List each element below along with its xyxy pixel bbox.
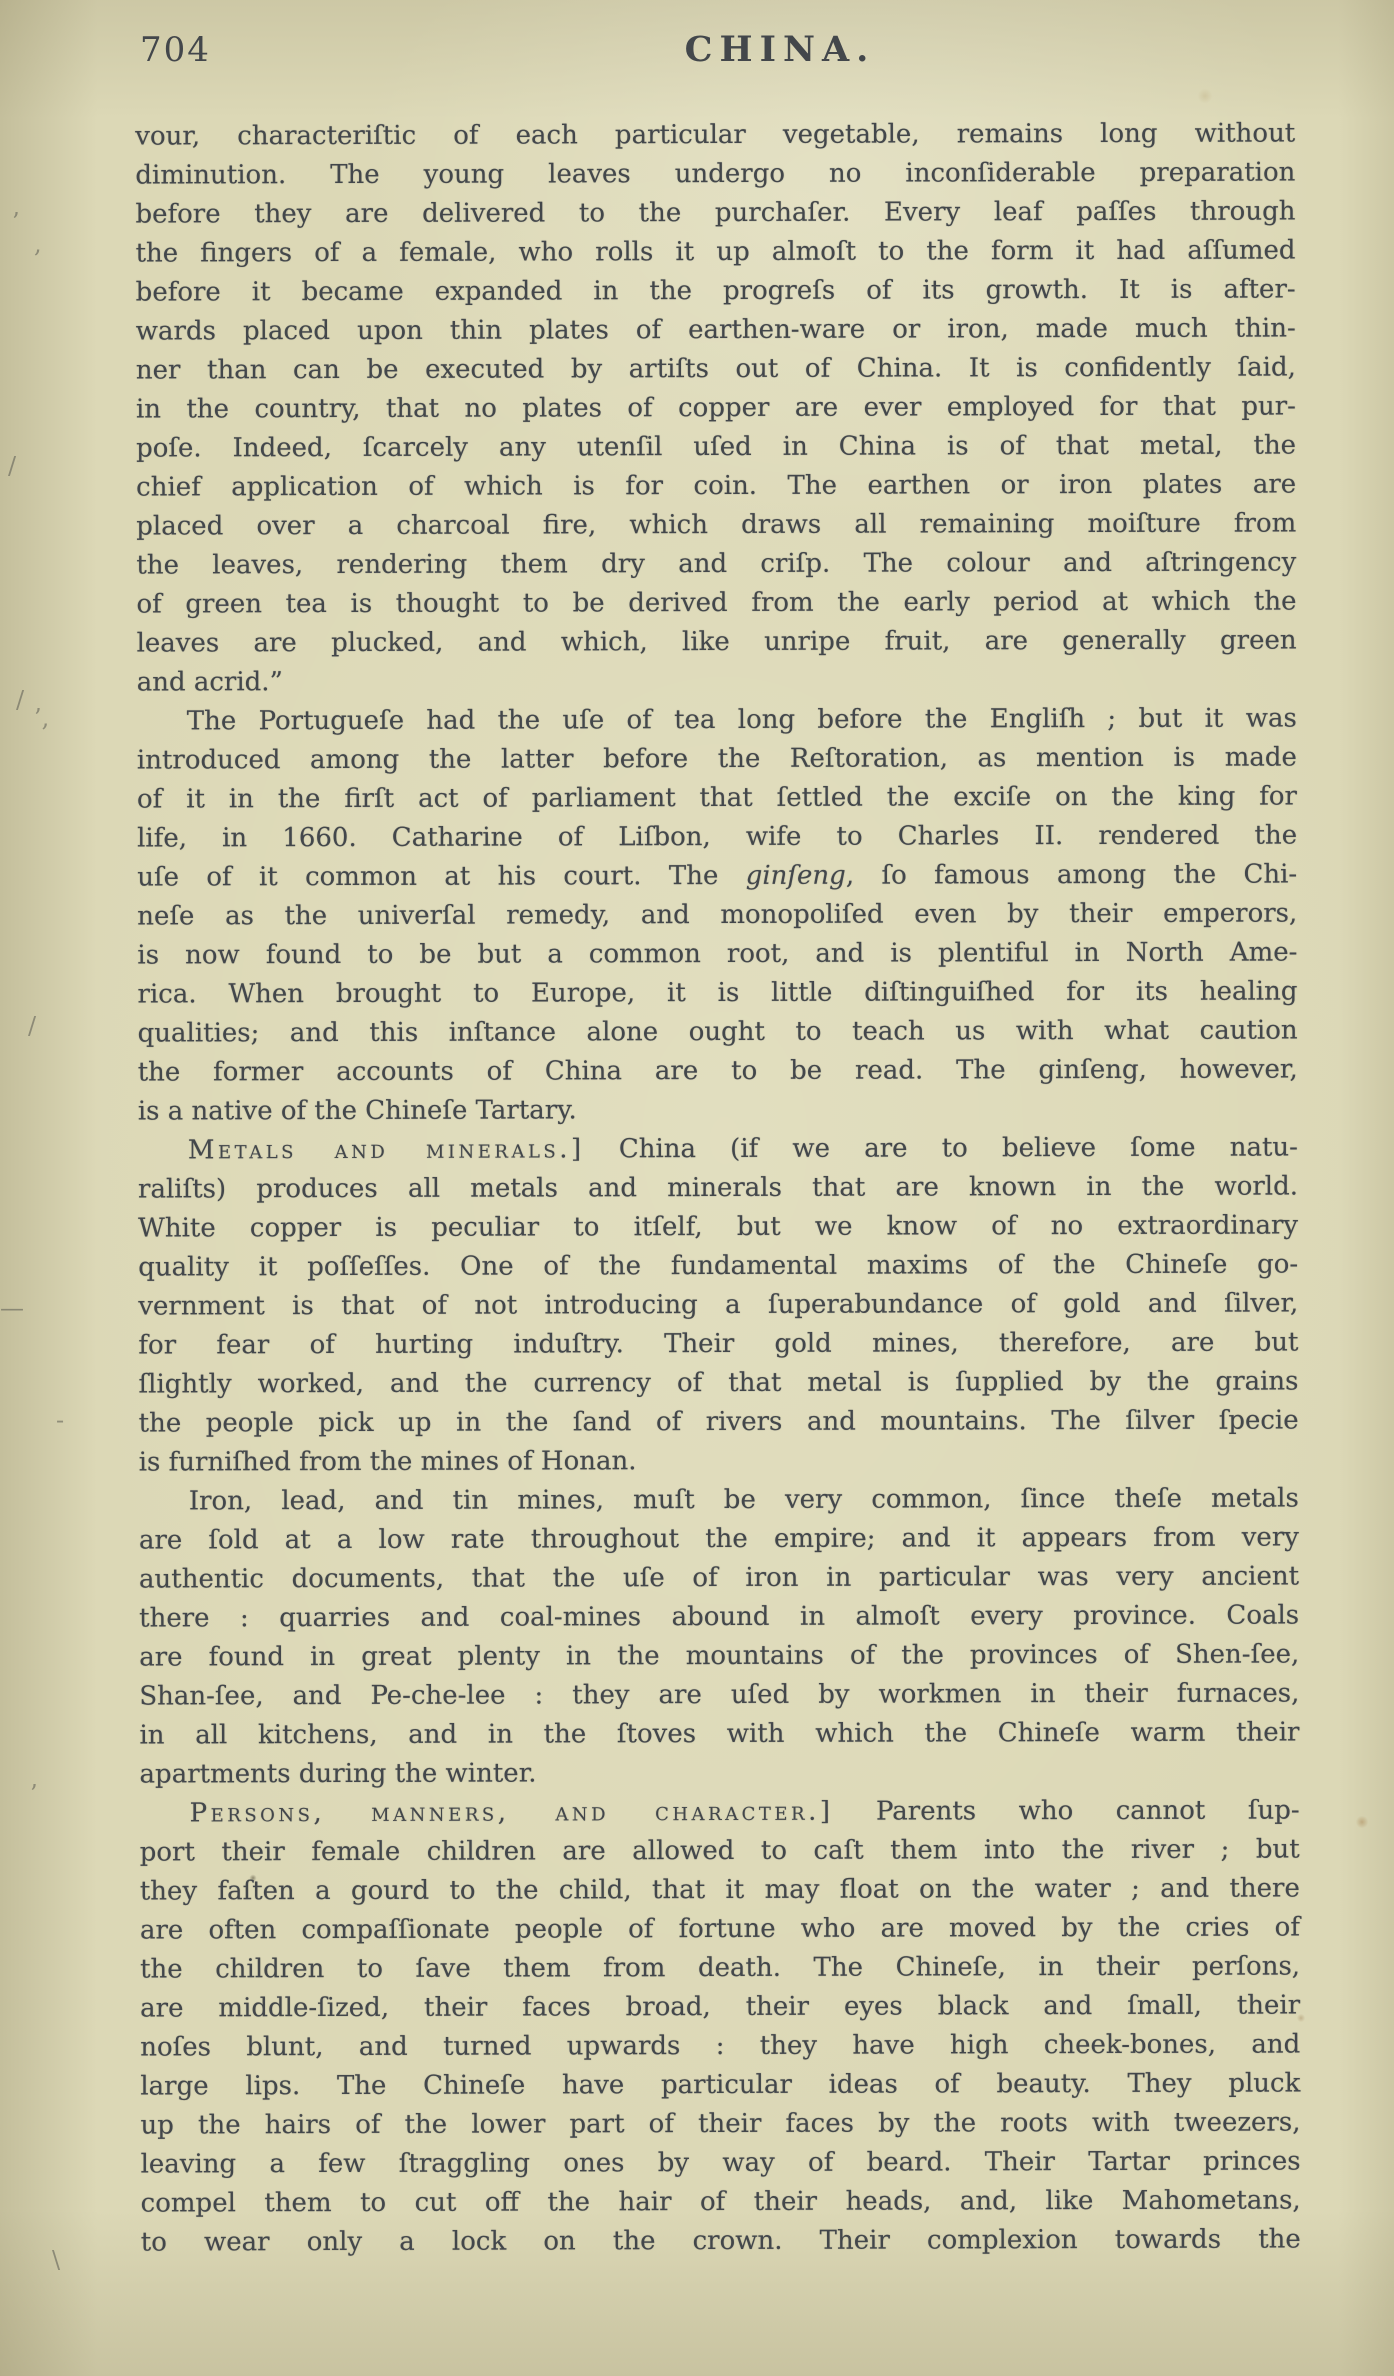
text-line: and acrid.”	[137, 660, 1297, 702]
text-line: of it in the firſt act of parliament tha…	[137, 777, 1297, 819]
text-line: ner than can be executed by artiſts out …	[136, 348, 1296, 390]
text-line: large lips. The Chineſe have particular …	[140, 2064, 1300, 2106]
margin-mark: -	[56, 1406, 64, 1434]
running-title: CHINA.	[685, 30, 876, 70]
text-line: vour, characteriſtic of each particular …	[135, 114, 1295, 156]
text-line: ſlightly worked, and the currency of tha…	[138, 1362, 1298, 1404]
margin-mark: ’,	[34, 704, 49, 732]
text-line: diminution. The young leaves undergo no …	[135, 153, 1295, 195]
text-line: placed over a charcoal fire, which draws…	[136, 504, 1296, 546]
text-line: port their female children are allowed t…	[140, 1830, 1300, 1872]
text-line: there : quarries and coal-mines abound i…	[139, 1596, 1299, 1638]
paragraph: Iron, lead, and tin mines, muſt be very …	[139, 1479, 1300, 1794]
text-line: for fear of hurting induſtry. Their gold…	[138, 1323, 1298, 1365]
text-line: quality it poſſeſſes. One of the fundame…	[138, 1245, 1298, 1287]
paragraph: The Portugueſe had the uſe of tea long b…	[137, 699, 1298, 1131]
text-line: noſes blunt, and turned upwards : they h…	[140, 2025, 1300, 2067]
text-line: wards placed upon thin plates of earthen…	[136, 309, 1296, 351]
text-line: the people pick up in the ſand of rivers…	[139, 1401, 1299, 1443]
text-line: uſe of it common at his court. The ginſe…	[137, 855, 1297, 897]
text-line: The Portugueſe had the uſe of tea long b…	[137, 699, 1297, 741]
text-line: qualities; and this inſtance alone ought…	[138, 1011, 1298, 1053]
text-line: introduced among the latter before the R…	[137, 738, 1297, 780]
text-line: the leaves, rendering them dry and criſp…	[136, 543, 1296, 585]
text-line: compel them to cut off the hair of their…	[141, 2181, 1301, 2223]
text-line: they faſten a gourd to the child, that i…	[140, 1869, 1300, 1911]
text-line: apartments during the winter.	[139, 1752, 1299, 1794]
text-line: rica. When brought to Europe, it is litt…	[137, 972, 1297, 1014]
text-line: the former accounts of China are to be r…	[138, 1050, 1298, 1092]
text-block: vour, characteriſtic of each particular …	[135, 114, 1301, 2262]
margin-mark: —	[0, 1294, 24, 1322]
section-heading: Metals and minerals.]	[188, 1134, 585, 1165]
text-line: in the country, that no plates of copper…	[136, 387, 1296, 429]
text-line: Metals and minerals.] China (if we are t…	[138, 1128, 1298, 1170]
text-line: up the hairs of the lower part of their …	[140, 2103, 1300, 2145]
page-number: 704	[140, 30, 211, 70]
margin-mark: ,	[34, 230, 42, 258]
text-line: is now found to be but a common root, an…	[137, 933, 1297, 975]
text-line: leaving a few ſtraggling ones by way of …	[141, 2142, 1301, 2184]
text-line: the children to ſave them from death. Th…	[140, 1947, 1300, 1989]
text-line: neſe as the univerſal remedy, and monopo…	[137, 894, 1297, 936]
text-line: authentic documents, that the uſe of iro…	[139, 1557, 1299, 1599]
margin-mark: /	[16, 686, 24, 714]
text-line: life, in 1660. Catharine of Liſbon, wife…	[137, 816, 1297, 858]
text-line: before it became expanded in the progreſ…	[136, 270, 1296, 312]
margin-mark: ’	[12, 208, 20, 236]
text-line: Persons, manners, and character.] Parent…	[140, 1791, 1300, 1833]
margin-mark: /	[28, 1012, 36, 1040]
text-line: of green tea is thought to be derived fr…	[136, 582, 1296, 624]
paragraph: Persons, manners, and character.] Parent…	[140, 1791, 1301, 2262]
text-line: leaves are plucked, and which, like unri…	[137, 621, 1297, 663]
text-line: White copper is peculiar to itſelf, but …	[138, 1206, 1298, 1248]
text-line: before they are delivered to the purchaſ…	[135, 192, 1295, 234]
text-line: to wear only a lock on the crown. Their …	[141, 2220, 1301, 2262]
text-line: are ſold at a low rate throughout the em…	[139, 1518, 1299, 1560]
text-line: vernment is that of not introducing a ſu…	[138, 1284, 1298, 1326]
section-heading: Persons, manners, and character.]	[190, 1797, 834, 1829]
margin-mark: ’	[30, 1780, 38, 1808]
text-line: raliſts) produces all metals and mineral…	[138, 1167, 1298, 1209]
margin-mark: /	[8, 452, 16, 480]
text-line: is a native of the Chineſe Tartary.	[138, 1089, 1298, 1131]
paragraph: Metals and minerals.] China (if we are t…	[138, 1128, 1299, 1482]
text-line: is furniſhed from the mines of Honan.	[139, 1440, 1299, 1482]
text-line: chief application of which is for coin. …	[136, 465, 1296, 507]
text-line: are middle-ſized, their faces broad, the…	[140, 1986, 1300, 2028]
scanned-book-page: 704 CHINA. vour, characteriſtic of each …	[0, 0, 1394, 2376]
text-line: Shan-ſee, and Pe-che-lee : they are uſed…	[139, 1674, 1299, 1716]
text-line: in all kitchens, and in the ſtoves with …	[139, 1713, 1299, 1755]
paragraph: vour, characteriſtic of each particular …	[135, 114, 1297, 702]
text-line: poſe. Indeed, ſcarcely any utenſil uſed …	[136, 426, 1296, 468]
text-line: are found in great plenty in the mountai…	[139, 1635, 1299, 1677]
text-line: the fingers of a female, who rolls it up…	[136, 231, 1296, 273]
text-line: Iron, lead, and tin mines, muſt be very …	[139, 1479, 1299, 1521]
text-line: are often compaſſionate people of fortun…	[140, 1908, 1300, 1950]
page-header: 704 CHINA.	[0, 30, 1394, 76]
margin-mark: \	[52, 2246, 60, 2274]
